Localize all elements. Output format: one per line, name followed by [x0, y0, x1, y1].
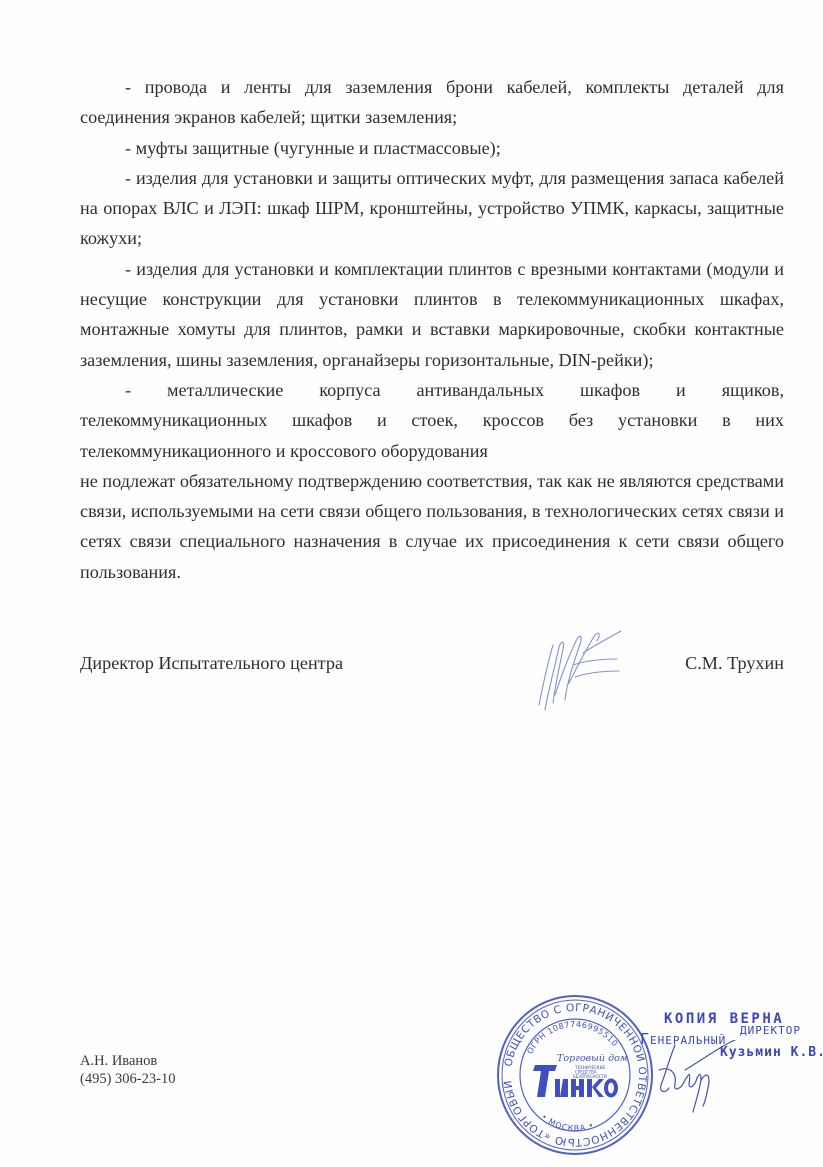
document-body: - провода и ленты для заземления брони к… — [80, 72, 784, 587]
company-seal-icon: ОБЩЕСТВО С ОГРАНИЧЕННОЙ ОТВЕТСТВЕННОСТЬЮ… — [495, 993, 655, 1158]
paragraph-protective-couplings: - муфты защитные (чугунные и пластмассов… — [80, 133, 784, 163]
paragraph-metal-cabinets: - металлические корпуса антивандальных ш… — [80, 375, 784, 466]
handwritten-signature-icon — [525, 625, 635, 720]
position-director: ДИРЕКТОР — [740, 1024, 801, 1037]
document-page: - провода и ленты для заземления брони к… — [0, 0, 823, 1167]
svg-text:Торговый дом: Торговый дом — [557, 1053, 628, 1064]
signatory-name: С.М. Трухин — [685, 651, 784, 675]
paragraph-grounding-wires: - провода и ленты для заземления брони к… — [80, 72, 784, 133]
executor-info: А.Н. Иванов (495) 306-23-10 — [80, 1052, 175, 1088]
paragraph-conclusion: не подлежат обязательному подтверждению … — [80, 466, 784, 587]
executor-name: А.Н. Иванов — [80, 1052, 175, 1070]
paragraph-optical-couplings: - изделия для установки и защиты оптичес… — [80, 163, 784, 254]
certifier-signature-icon — [655, 1040, 745, 1120]
svg-text:БЕЗОПАСНОСТИ: БЕЗОПАСНОСТИ — [573, 1074, 607, 1079]
signatory-title: Директор Испытательного центра — [80, 651, 343, 675]
executor-phone: (495) 306-23-10 — [80, 1070, 175, 1088]
paragraph-plinth-products: - изделия для установки и комплектации п… — [80, 254, 784, 375]
